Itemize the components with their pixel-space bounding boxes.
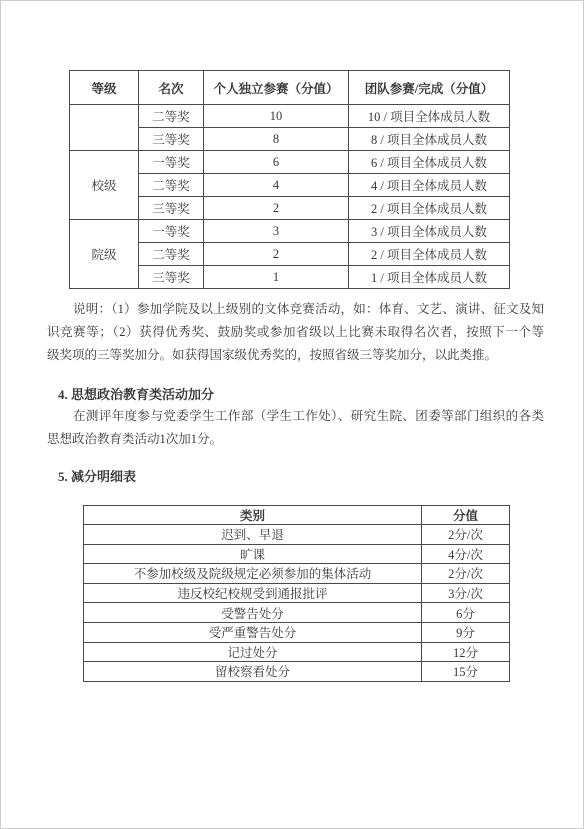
team-score-cell: 2 / 项目全体成员人数 [349, 197, 510, 220]
header-individual-score: 个人独立参赛（分值） [204, 71, 349, 105]
level-cell [70, 105, 139, 151]
team-score-cell: 6 / 项目全体成员人数 [349, 151, 510, 174]
category-cell: 受严重警告处分 [84, 622, 422, 642]
category-cell: 旷课 [84, 544, 422, 564]
rank-cell: 三等奖 [139, 128, 204, 151]
team-score-cell: 8 / 项目全体成员人数 [349, 128, 510, 151]
rank-cell: 三等奖 [139, 266, 204, 289]
rank-cell: 三等奖 [139, 197, 204, 220]
individual-score-cell: 6 [204, 151, 349, 174]
table-row: 不参加校级及院级规定必须参加的集体活动 2分/次 [84, 564, 510, 584]
header-team-score: 团队参赛/完成（分值） [349, 71, 510, 105]
individual-score-cell: 1 [204, 266, 349, 289]
note-line: 说明：（1）参加学院及以上级别的文体竞赛活动，如：体育、文艺、演讲、征文及知 [47, 298, 544, 321]
score-cell: 6分 [422, 603, 510, 623]
table-row: 受严重警告处分 9分 [84, 622, 510, 642]
team-score-cell: 4 / 项目全体成员人数 [349, 174, 510, 197]
header-score: 分值 [422, 506, 510, 525]
section4-heading: 4. 思想政治教育类活动加分 [58, 387, 214, 403]
table-row: 违反校纪校规受到通报批评 3分/次 [84, 583, 510, 603]
note-line: 级奖项的三等奖加分。如获得国家级优秀奖的，按照省级三等奖加分，以此类推。 [47, 344, 544, 367]
section4-line: 思想政治教育类活动1次加1分。 [47, 428, 544, 451]
rank-cell: 一等奖 [139, 151, 204, 174]
score-cell: 12分 [422, 642, 510, 662]
section4-paragraph: 在测评年度参与党委学生工作部（学生工作处）、研究生院、团委等部门组织的各类 思想… [47, 405, 544, 451]
score-cell: 3分/次 [422, 583, 510, 603]
category-cell: 记过处分 [84, 642, 422, 662]
level-cell: 校级 [70, 151, 139, 220]
individual-score-cell: 8 [204, 128, 349, 151]
individual-score-cell: 2 [204, 197, 349, 220]
table-row: 记过处分 12分 [84, 642, 510, 662]
team-score-cell: 10 / 项目全体成员人数 [349, 105, 510, 128]
header-category: 类别 [84, 506, 422, 525]
header-rank: 名次 [139, 71, 204, 105]
deduction-table-header-row: 类别 分值 [84, 506, 510, 525]
header-level: 等级 [70, 71, 139, 105]
section5-heading: 5. 减分明细表 [58, 469, 136, 485]
score-cell: 2分/次 [422, 525, 510, 545]
team-score-cell: 3 / 项目全体成员人数 [349, 220, 510, 243]
table-row: 二等奖 10 10 / 项目全体成员人数 [70, 105, 510, 128]
category-cell: 迟到、早退 [84, 525, 422, 545]
table-row: 受警告处分 6分 [84, 603, 510, 623]
individual-score-cell: 3 [204, 220, 349, 243]
document-page: 等级 名次 个人独立参赛（分值） 团队参赛/完成（分值） 二等奖 10 10 /… [0, 0, 584, 829]
section4-line: 在测评年度参与党委学生工作部（学生工作处）、研究生院、团委等部门组织的各类 [47, 405, 544, 428]
note-line: 识竞赛等；（2）获得优秀奖、鼓励奖或参加省级以上比赛未取得名次者，按照下一个等 [47, 321, 544, 344]
team-score-cell: 2 / 项目全体成员人数 [349, 243, 510, 266]
deduction-table: 类别 分值 迟到、早退 2分/次 旷课 4分/次 不参加校级及院级规定必须参加的… [83, 505, 510, 682]
level-cell: 院级 [70, 220, 139, 289]
individual-score-cell: 4 [204, 174, 349, 197]
individual-score-cell: 2 [204, 243, 349, 266]
table-row: 迟到、早退 2分/次 [84, 525, 510, 545]
category-cell: 违反校纪校规受到通报批评 [84, 583, 422, 603]
category-cell: 不参加校级及院级规定必须参加的集体活动 [84, 564, 422, 584]
note-paragraph: 说明：（1）参加学院及以上级别的文体竞赛活动，如：体育、文艺、演讲、征文及知 识… [47, 298, 544, 368]
score-cell: 2分/次 [422, 564, 510, 584]
category-cell: 受警告处分 [84, 603, 422, 623]
table-row: 旷课 4分/次 [84, 544, 510, 564]
table-row: 院级 一等奖 3 3 / 项目全体成员人数 [70, 220, 510, 243]
rank-cell: 二等奖 [139, 243, 204, 266]
score-cell: 4分/次 [422, 544, 510, 564]
table-row: 留校察看处分 15分 [84, 662, 510, 682]
table-row: 校级 一等奖 6 6 / 项目全体成员人数 [70, 151, 510, 174]
score-cell: 15分 [422, 662, 510, 682]
individual-score-cell: 10 [204, 105, 349, 128]
rank-cell: 一等奖 [139, 220, 204, 243]
rank-cell: 二等奖 [139, 174, 204, 197]
team-score-cell: 1 / 项目全体成员人数 [349, 266, 510, 289]
award-table-header-row: 等级 名次 个人独立参赛（分值） 团队参赛/完成（分值） [70, 71, 510, 105]
score-cell: 9分 [422, 622, 510, 642]
award-table: 等级 名次 个人独立参赛（分值） 团队参赛/完成（分值） 二等奖 10 10 /… [69, 70, 510, 289]
category-cell: 留校察看处分 [84, 662, 422, 682]
rank-cell: 二等奖 [139, 105, 204, 128]
